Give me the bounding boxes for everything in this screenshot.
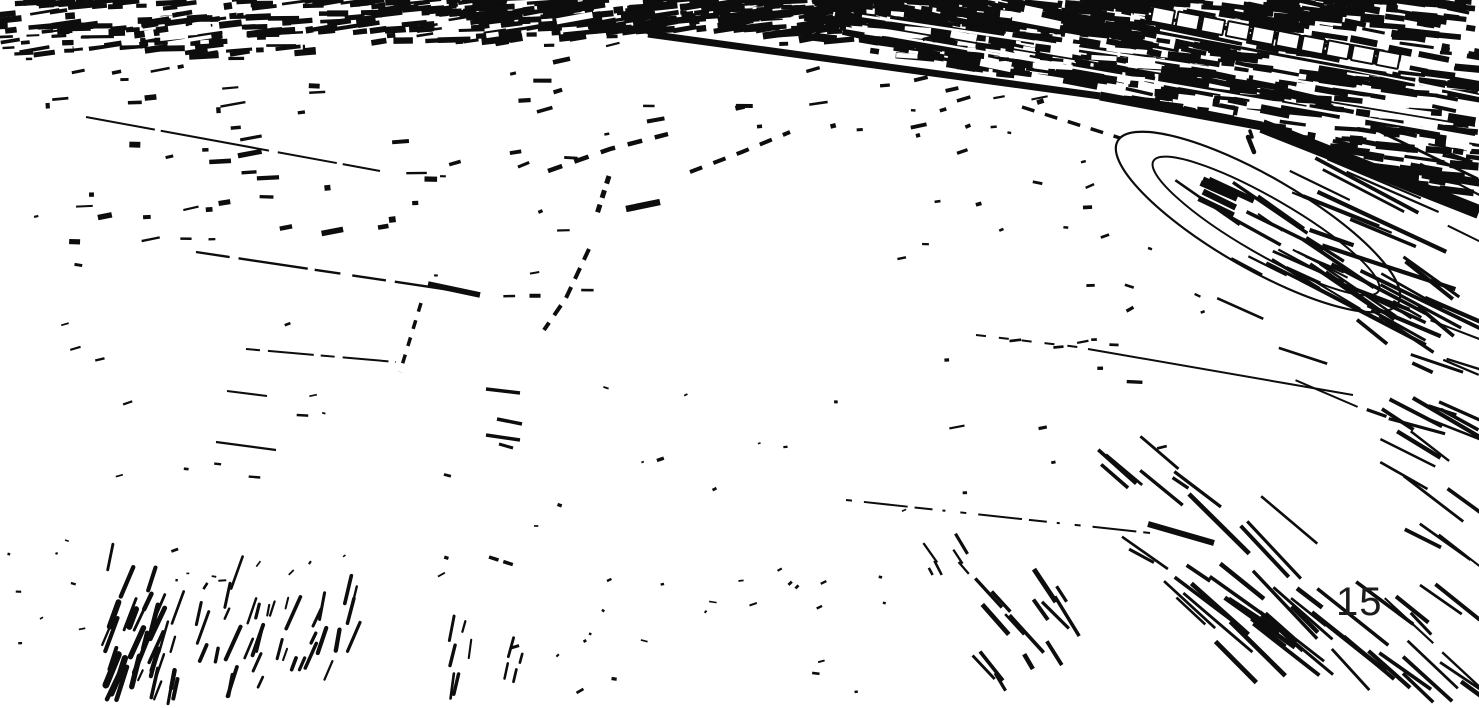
scanned-page: 15 — [0, 0, 1479, 708]
page-number: 15 — [1336, 582, 1383, 622]
photo-canvas — [0, 0, 1479, 708]
